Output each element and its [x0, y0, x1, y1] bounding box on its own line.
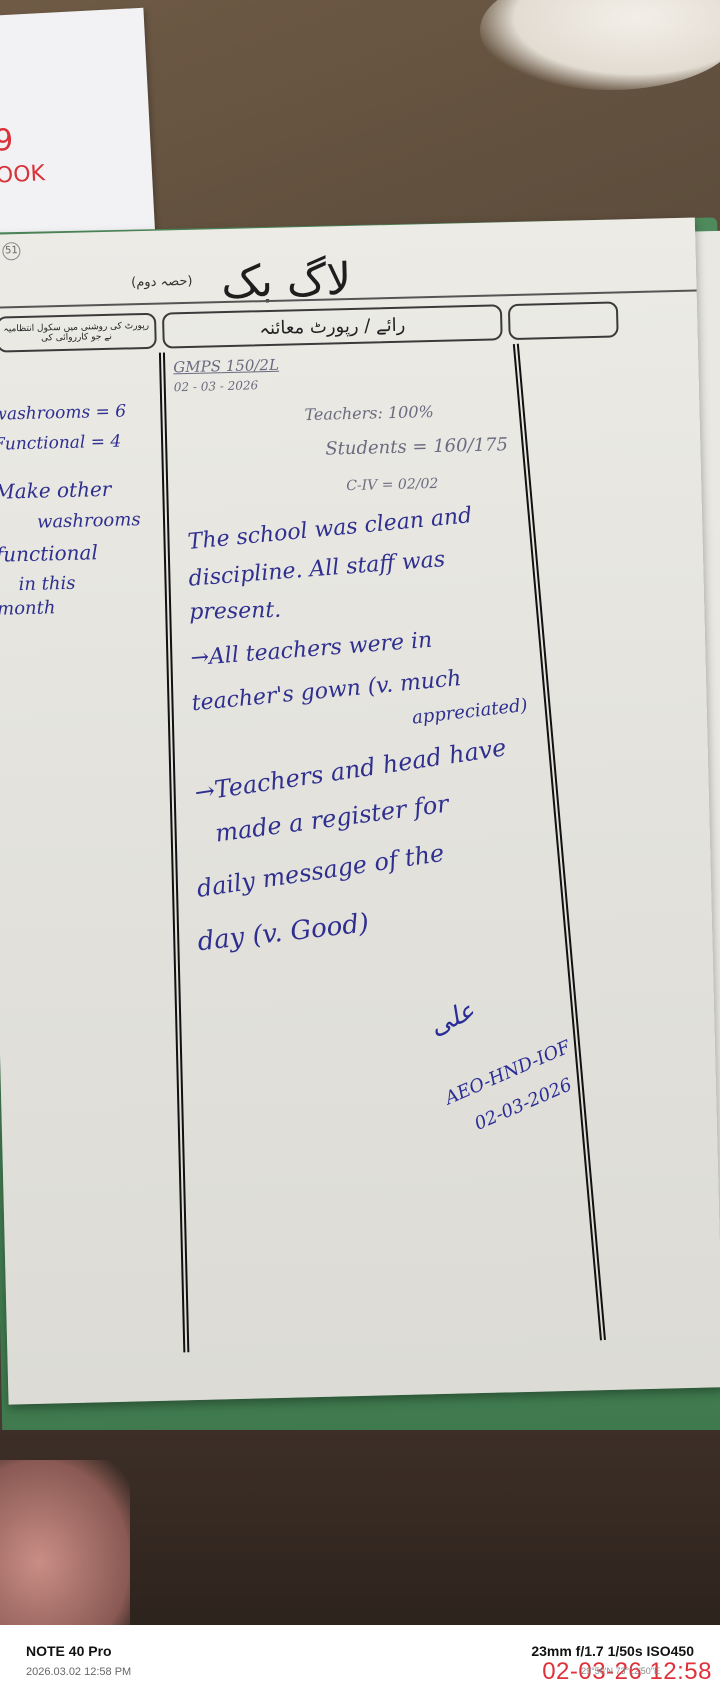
signature-scribble: ﻋﻠﯽ: [425, 996, 479, 1042]
column-header-report: رائے / رپورٹ معائنہ: [162, 304, 503, 348]
left-entry-line: washrooms = 6: [0, 401, 126, 424]
column-header-blank: [508, 301, 619, 340]
logbook-page: 51 (حصہ دوم) لاگ بک رپورٹ کی روشنی میں س…: [0, 218, 720, 1405]
entry-date: 02 - 03 - 2026: [174, 378, 259, 394]
sticky-note: 9 OOK: [0, 8, 156, 267]
device-model: NOTE 40 Pro: [26, 1643, 112, 1659]
remark-line: →All teachers were in: [190, 628, 433, 672]
column-header-action: رپورٹ کی روشنی میں سکول انتظامیہ نے جو ک…: [0, 313, 157, 353]
teachers-attendance: Teachers: 100%: [304, 402, 434, 424]
remark-line: →Teachers and head have: [193, 733, 508, 807]
column-rule-left: [159, 353, 189, 1353]
remark-line: discipline. All staff was: [188, 547, 446, 592]
left-entry-line: month: [0, 597, 56, 619]
students-attendance: Students = 160/175: [325, 434, 508, 459]
gps-coordinates: 29°50'N 73°12'50"E: [581, 1666, 660, 1676]
school-code: GMPS 150/2L: [173, 356, 279, 377]
column-rule-right: [513, 344, 606, 1341]
fur-rug: [480, 0, 720, 90]
remark-line: appreciated): [411, 695, 529, 729]
left-entry-line: washrooms: [37, 509, 141, 533]
remark-line: day (v. Good): [196, 908, 371, 957]
note-red-text: OOK: [0, 161, 46, 189]
page-number: 51: [2, 242, 20, 260]
title-subtitle: (حصہ دوم): [131, 274, 193, 290]
hand: [0, 1460, 130, 1625]
photo: 9 OOK 51 (حصہ دوم) لاگ بک رپورٹ کی روشنی…: [0, 0, 720, 1625]
exif-info: 23mm f/1.7 1/50s ISO450: [531, 1643, 694, 1659]
left-entry-line: Make other: [0, 477, 112, 504]
remark-line: present.: [189, 598, 282, 625]
left-entry-line: functional: [0, 540, 98, 566]
camera-watermark-bar: NOTE 40 Pro 2026.03.02 12:58 PM 23mm f/1…: [0, 1625, 720, 1700]
capture-datetime: 2026.03.02 12:58 PM: [26, 1666, 131, 1678]
left-entry-line: in this: [18, 573, 75, 595]
remark-line: daily message of the: [195, 839, 446, 903]
civ-count: C-IV = 02/02: [346, 476, 438, 494]
left-entry-line: Functional = 4: [0, 432, 121, 455]
note-red-digit: 9: [0, 123, 14, 159]
